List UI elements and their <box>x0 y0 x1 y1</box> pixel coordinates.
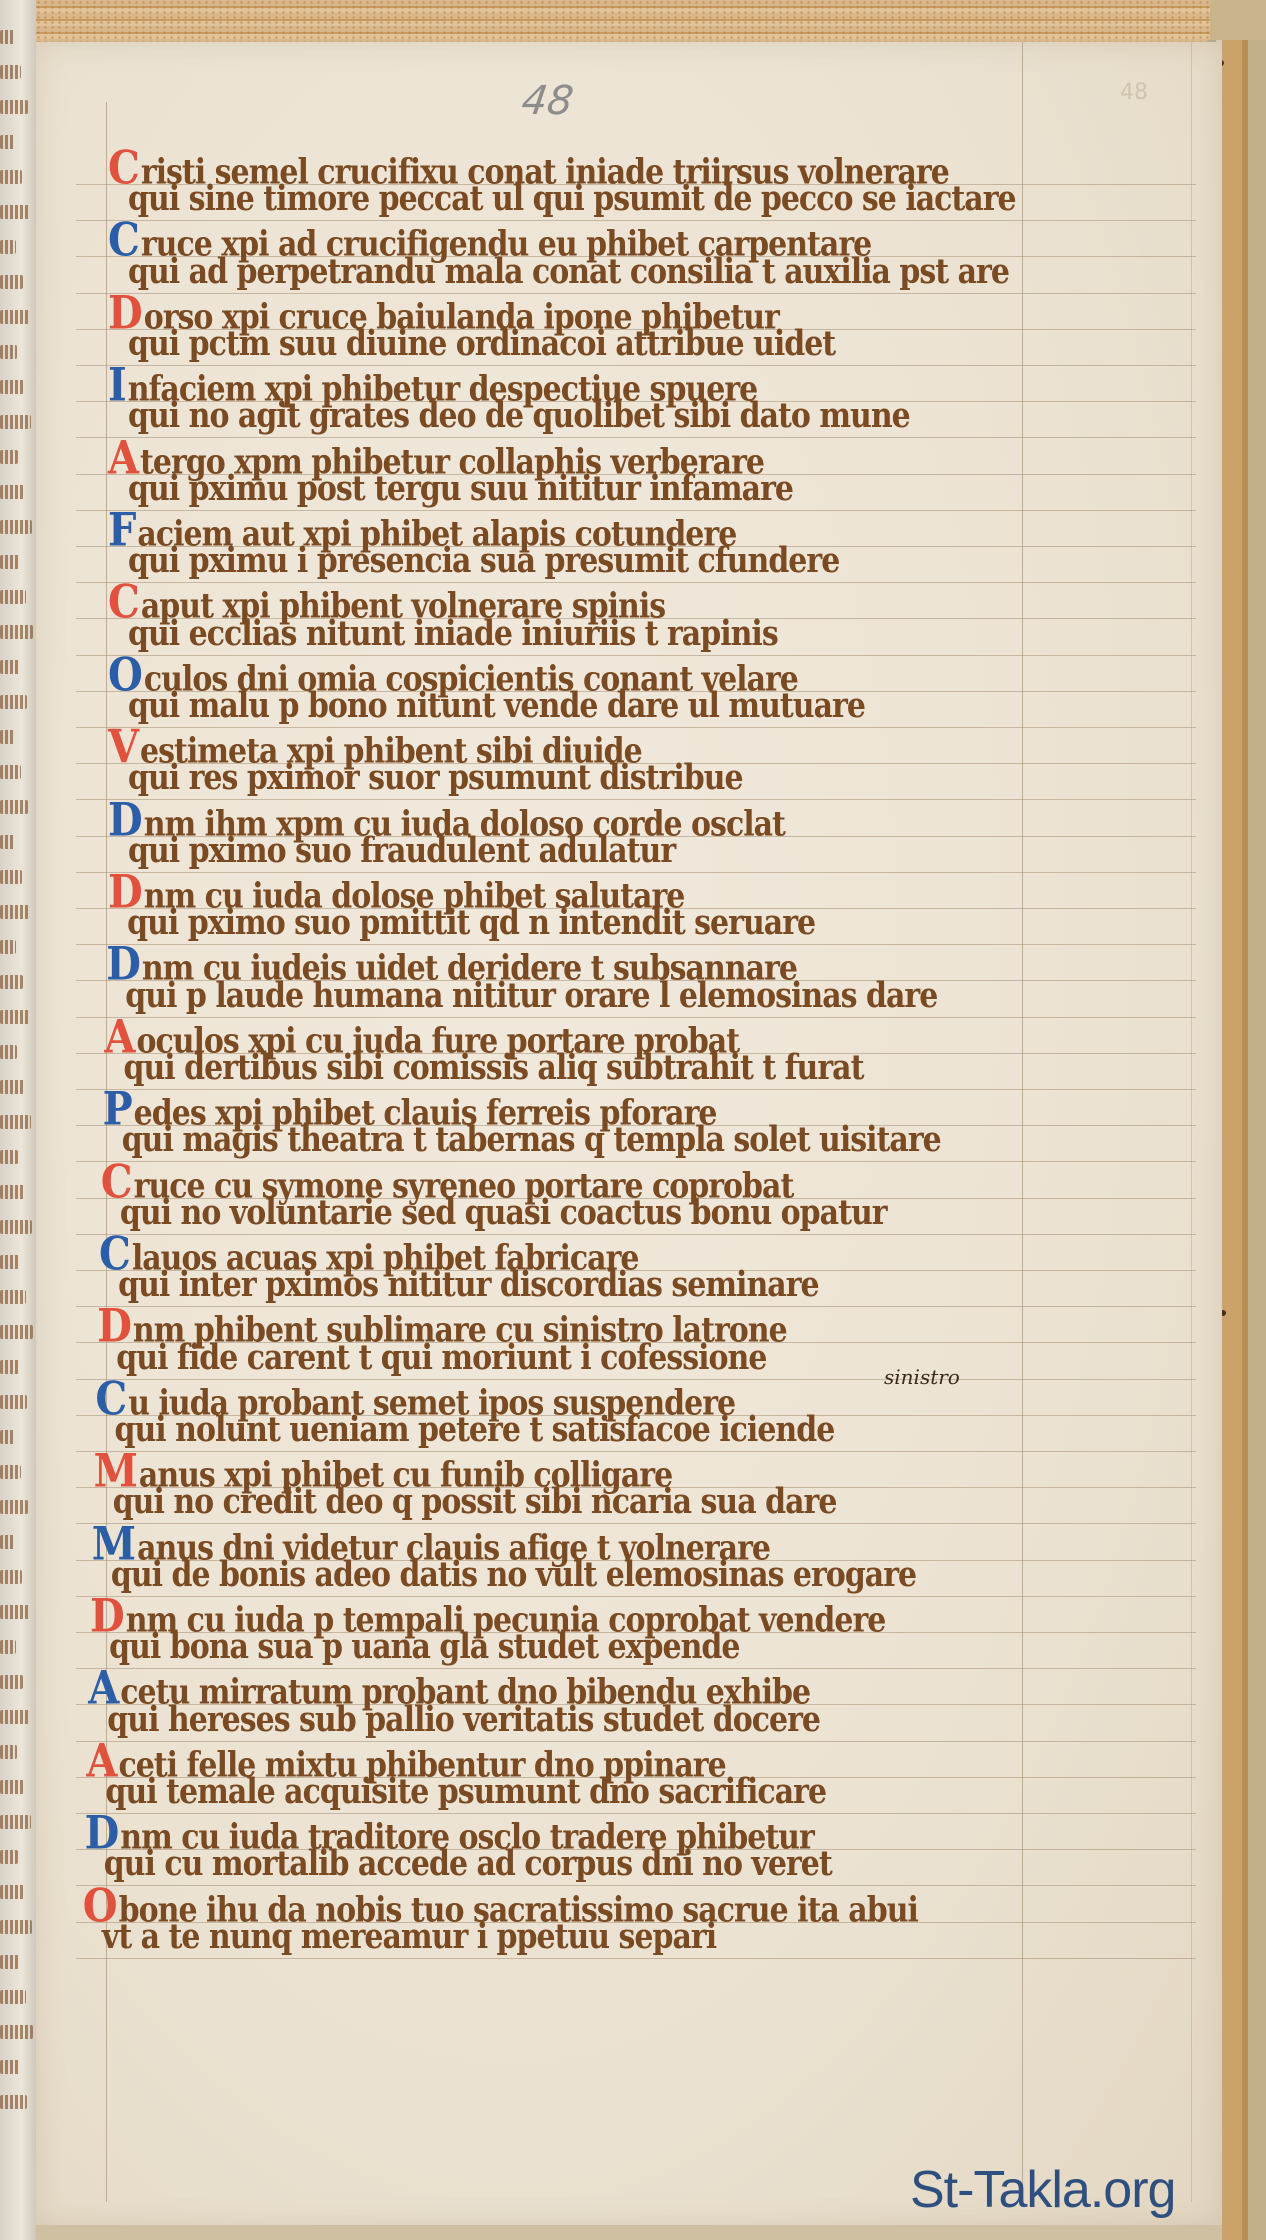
rubricated-initial: I <box>108 358 126 412</box>
watermark: St-Takla.org <box>910 2160 1175 2220</box>
manuscript-text-block: Cristi semel crucifixu conat iniade trii… <box>0 0 1266 2240</box>
line-text: vt a te nunq mereamur i ppetuu separi <box>102 1917 716 1957</box>
marginal-note: sinistro <box>884 1365 960 1389</box>
text-line: vt a te nunq mereamur i ppetuu separi <box>102 1917 716 1957</box>
book-bottom-edge <box>36 2225 1222 2240</box>
